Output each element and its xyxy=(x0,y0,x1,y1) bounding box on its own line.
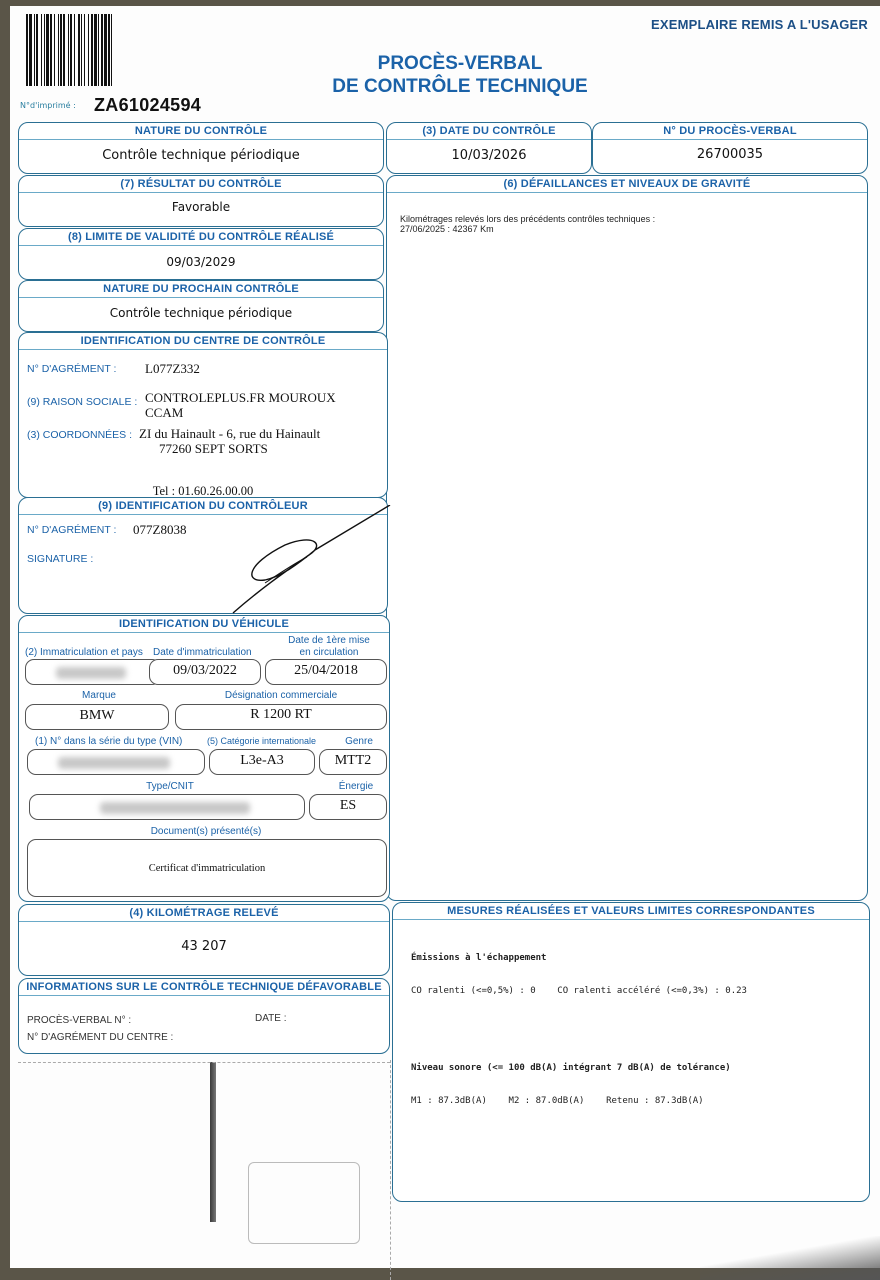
defavorable-date-label: DATE : xyxy=(255,1013,286,1024)
categorie-label: (5) Catégorie internationale xyxy=(207,736,316,746)
resultat-title: (7) RÉSULTAT DU CONTRÔLE xyxy=(19,176,383,193)
date-controle-box: (3) DATE DU CONTRÔLE 10/03/2026 xyxy=(386,122,592,174)
centre-agrement-label: N° D'AGRÉMENT : xyxy=(27,363,116,375)
designation-field: R 1200 RT xyxy=(175,704,387,730)
premiere-mise-label-line-2: en circulation xyxy=(269,647,389,659)
vehicule-title: IDENTIFICATION DU VÉHICULE xyxy=(19,616,389,633)
mesures-box: MESURES RÉALISÉES ET VALEURS LIMITES COR… xyxy=(392,902,870,1202)
type-cnit-field xyxy=(29,794,305,820)
emissions-values: CO ralenti (<=0,5%) : 0 CO ralenti accél… xyxy=(411,986,747,997)
documents-field: Certificat d'immatriculation xyxy=(27,839,387,897)
coordonnees-label: (3) COORDONNÉES : xyxy=(27,429,132,441)
defaillances-content: Kilométrages relevés lors des précédents… xyxy=(400,214,655,234)
designation-label: Désignation commerciale xyxy=(175,690,387,701)
prochain-controle-value: Contrôle technique périodique xyxy=(19,298,383,328)
sonore-values: M1 : 87.3dB(A) M2 : 87.0dB(A) Retenu : 8… xyxy=(411,1096,747,1107)
numero-pv-value: 26700035 xyxy=(593,140,867,170)
marque-field: BMW xyxy=(25,704,169,730)
raison-sociale-line-1: CONTROLEPLUS.FR MOUROUX xyxy=(145,390,336,405)
controleur-agrement-value: 077Z8038 xyxy=(133,522,186,538)
nature-controle-value: Contrôle technique périodique xyxy=(19,140,383,172)
limite-validite-box: (8) LIMITE DE VALIDITÉ DU CONTRÔLE RÉALI… xyxy=(18,228,384,280)
energie-label: Énergie xyxy=(325,781,387,792)
perforation-line xyxy=(18,1062,390,1063)
date-immatriculation-field: 09/03/2022 xyxy=(149,659,261,685)
raison-sociale-line-2: CCAM xyxy=(145,405,336,420)
genre-field: MTT2 xyxy=(319,749,387,775)
vehicule-box: IDENTIFICATION DU VÉHICULE (2) Immatricu… xyxy=(18,615,390,902)
immatriculation-field xyxy=(25,659,161,685)
documents-label: Document(s) présenté(s) xyxy=(25,826,387,837)
centre-box: IDENTIFICATION DU CENTRE DE CONTRÔLE N° … xyxy=(18,332,388,498)
genre-label: Genre xyxy=(331,736,387,747)
coordonnees-value: ZI du Hainault - 6, rue du Hainault 7726… xyxy=(139,426,320,456)
defavorable-title: INFORMATIONS SUR LE CONTRÔLE TECHNIQUE D… xyxy=(19,979,389,996)
barcode xyxy=(26,14,190,86)
raison-sociale-value: CONTROLEPLUS.FR MOUROUX CCAM xyxy=(145,390,336,420)
window-cutout xyxy=(248,1162,360,1244)
categorie-field: L3e-A3 xyxy=(209,749,315,775)
resultat-box: (7) RÉSULTAT DU CONTRÔLE Favorable xyxy=(18,175,384,227)
mesures-content: Émissions à l'échappement CO ralenti (<=… xyxy=(411,931,747,1129)
limite-validite-title: (8) LIMITE DE VALIDITÉ DU CONTRÔLE RÉALI… xyxy=(19,229,383,246)
background-edge xyxy=(700,1236,880,1280)
previous-mileage-entry: 27/06/2025 : 42367 Km xyxy=(400,224,655,234)
vin-label: (1) N° dans la série du type (VIN) xyxy=(35,736,182,747)
emissions-title: Émissions à l'échappement xyxy=(411,953,747,964)
limite-validite-value: 09/03/2029 xyxy=(19,246,383,278)
kilometrage-box: (4) KILOMÉTRAGE RELEVÉ 43 207 xyxy=(18,904,390,976)
immatriculation-label: (2) Immatriculation et pays xyxy=(25,647,143,658)
title-line-2: DE CONTRÔLE TECHNIQUE xyxy=(330,75,590,98)
centre-title: IDENTIFICATION DU CENTRE DE CONTRÔLE xyxy=(19,333,387,350)
controleur-agrement-label: N° D'AGRÉMENT : xyxy=(27,524,116,536)
defavorable-box: INFORMATIONS SUR LE CONTRÔLE TECHNIQUE D… xyxy=(18,978,390,1054)
premiere-mise-label: Date de 1ère mise en circulation xyxy=(269,635,389,659)
signature-mark xyxy=(225,505,395,617)
defavorable-agrement-label: N° D'AGRÉMENT DU CENTRE : xyxy=(27,1032,173,1043)
perforation-line-vertical xyxy=(390,1060,391,1280)
numero-pv-title: N° DU PROCÈS-VERBAL xyxy=(593,123,867,140)
address-line-2: 77260 SEPT SORTS xyxy=(139,441,320,456)
vin-field xyxy=(27,749,205,775)
defavorable-pv-label: PROCÈS-VERBAL N° : xyxy=(27,1015,131,1026)
energie-field: ES xyxy=(309,794,387,820)
exemplaire-label: EXEMPLAIRE REMIS A L'USAGER xyxy=(651,17,868,32)
premiere-mise-label-line-1: Date de 1ère mise xyxy=(269,635,389,647)
prochain-controle-title: NATURE DU PROCHAIN CONTRÔLE xyxy=(19,281,383,298)
address-line-1: ZI du Hainault - 6, rue du Hainault xyxy=(139,426,320,441)
raison-sociale-label: (9) RAISON SOCIALE : xyxy=(27,396,137,408)
centre-agrement-value: L077Z332 xyxy=(145,361,200,377)
resultat-value: Favorable xyxy=(19,193,383,221)
numero-pv-box: N° DU PROCÈS-VERBAL 26700035 xyxy=(592,122,868,174)
title-line-1: PROCÈS-VERBAL xyxy=(330,52,590,75)
document-title: PROCÈS-VERBAL DE CONTRÔLE TECHNIQUE xyxy=(330,52,590,98)
defaillances-box: (6) DÉFAILLANCES ET NIVEAUX DE GRAVITÉ K… xyxy=(386,175,868,901)
previous-mileage-heading: Kilométrages relevés lors des précédents… xyxy=(400,214,655,224)
date-controle-title: (3) DATE DU CONTRÔLE xyxy=(387,123,591,140)
mesures-title: MESURES RÉALISÉES ET VALEURS LIMITES COR… xyxy=(393,903,869,920)
imprime-label: N°d'imprimé : xyxy=(20,101,76,110)
defaillances-title: (6) DÉFAILLANCES ET NIVEAUX DE GRAVITÉ xyxy=(387,176,867,193)
type-cnit-label: Type/CNIT xyxy=(29,781,311,792)
kilometrage-value: 43 207 xyxy=(19,922,389,972)
nature-controle-box: NATURE DU CONTRÔLE Contrôle technique pé… xyxy=(18,122,384,174)
sonore-title: Niveau sonore (<= 100 dB(A) intégrant 7 … xyxy=(411,1063,747,1074)
imprime-number: ZA61024594 xyxy=(94,95,201,116)
premiere-mise-field: 25/04/2018 xyxy=(265,659,387,685)
date-controle-value: 10/03/2026 xyxy=(387,140,591,172)
signature-label: SIGNATURE : xyxy=(27,553,93,565)
nature-controle-title: NATURE DU CONTRÔLE xyxy=(19,123,383,140)
date-immatriculation-label: Date d'immatriculation xyxy=(153,647,252,658)
paper-fold-shadow xyxy=(210,1062,216,1222)
prochain-controle-box: NATURE DU PROCHAIN CONTRÔLE Contrôle tec… xyxy=(18,280,384,332)
kilometrage-title: (4) KILOMÉTRAGE RELEVÉ xyxy=(19,905,389,922)
marque-label: Marque xyxy=(39,690,159,701)
